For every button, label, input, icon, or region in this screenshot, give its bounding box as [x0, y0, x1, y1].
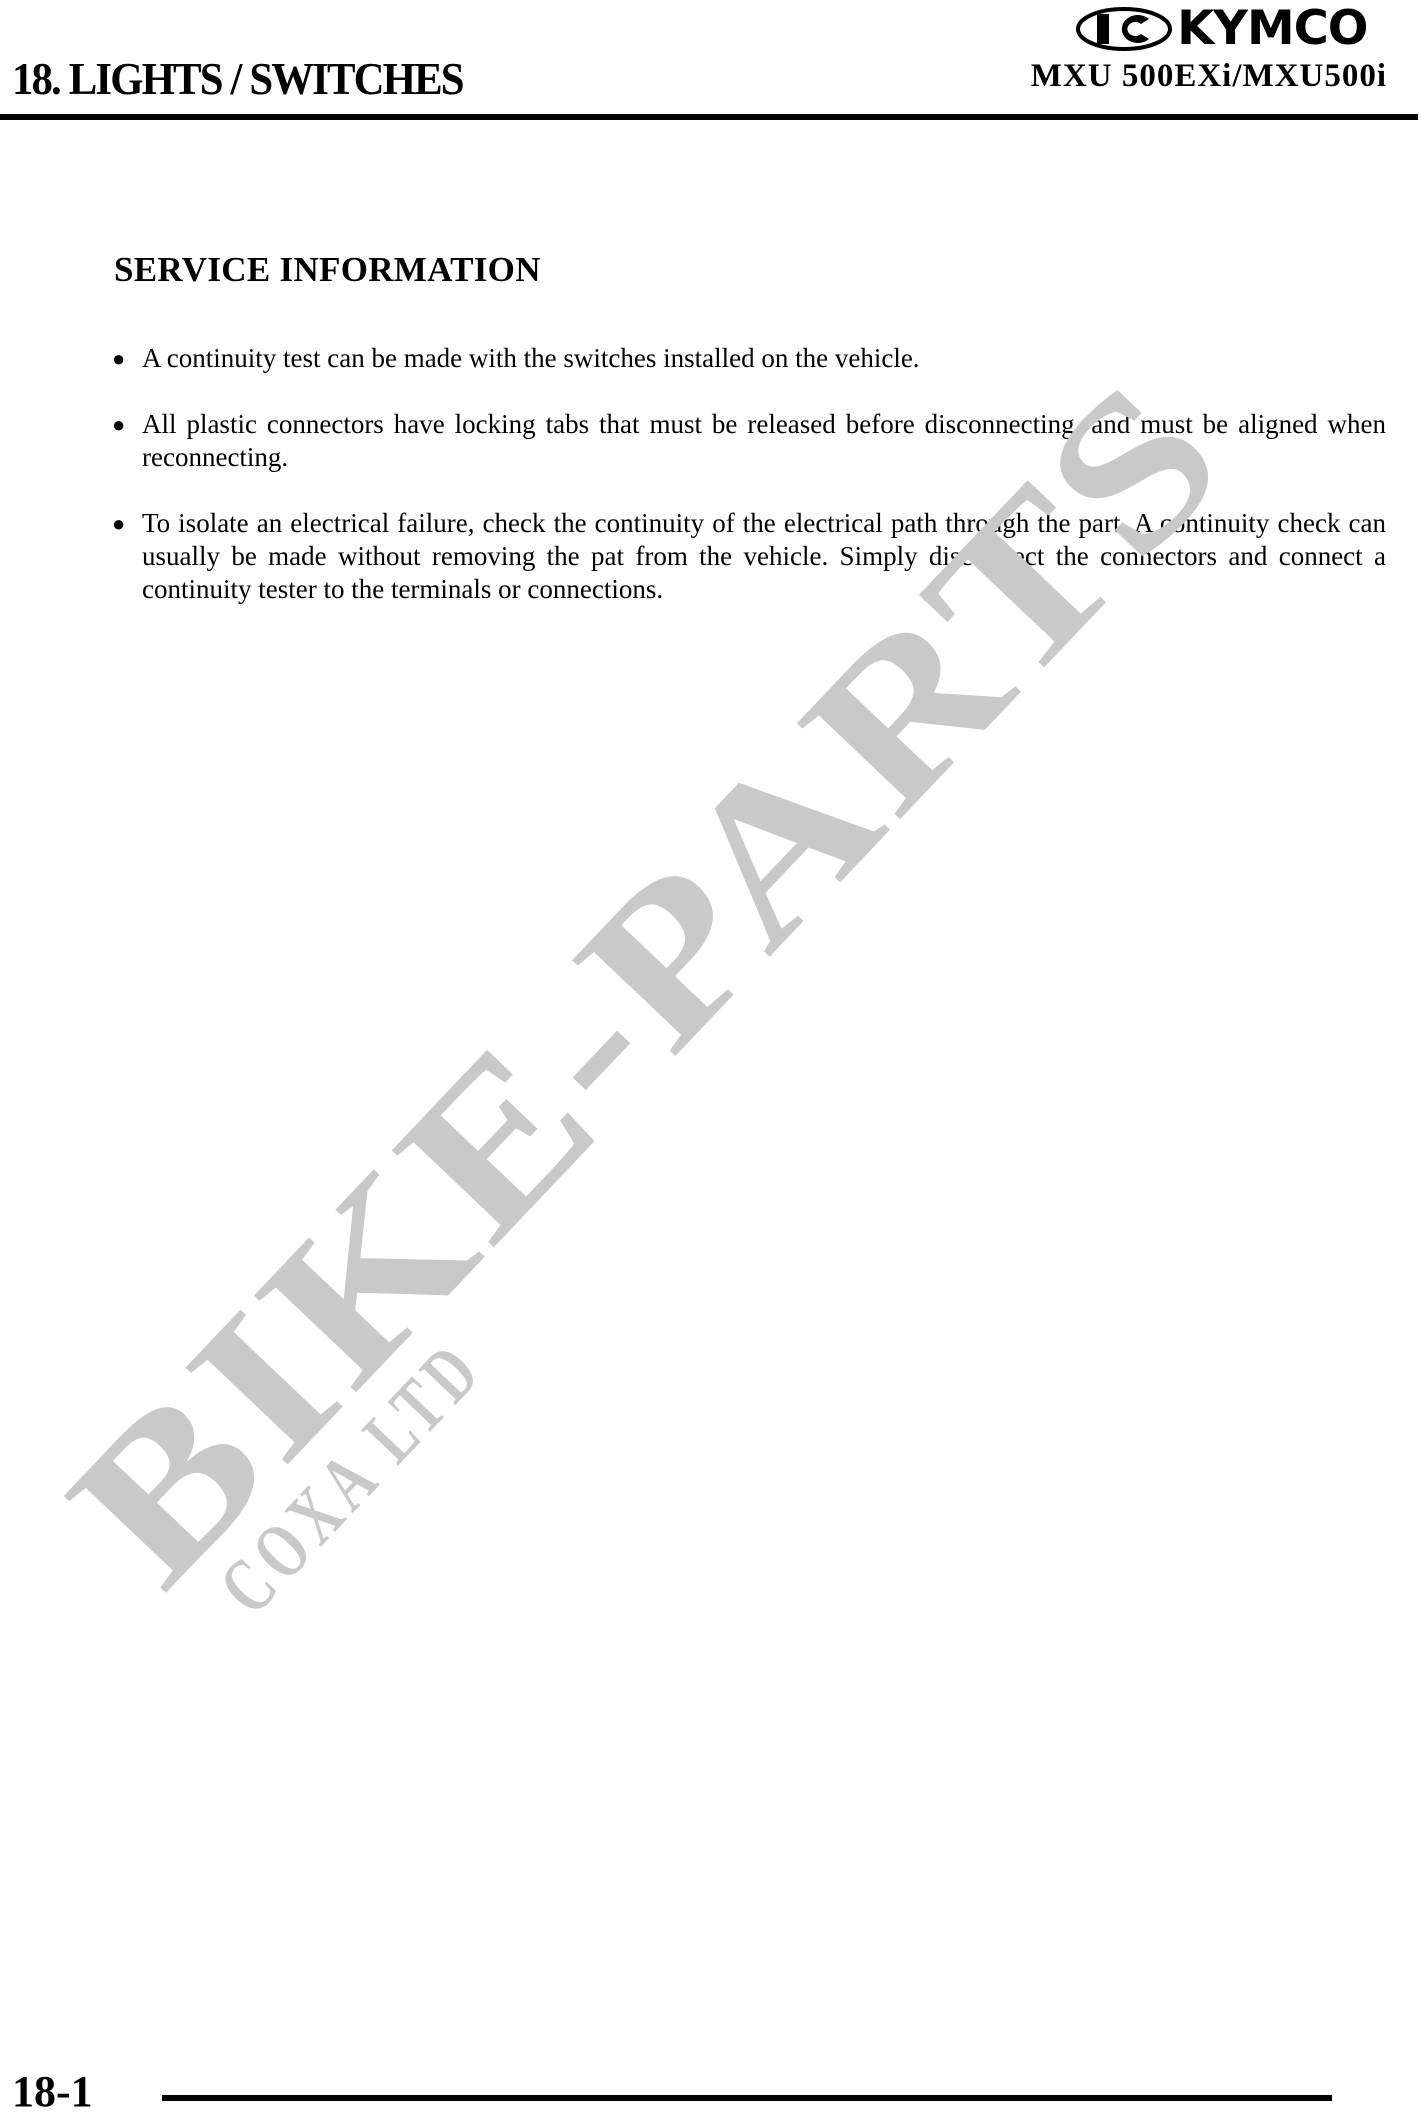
- kymco-logo-icon: [1075, 7, 1173, 51]
- model-name: MXU 500EXi/MXU500i: [1031, 58, 1387, 95]
- bullet-text: All plastic connectors have locking tabs…: [142, 408, 1386, 474]
- brand-name: KYMCO: [1177, 7, 1367, 51]
- footer-rule: [162, 2095, 1332, 2101]
- list-item: ● All plastic connectors have locking ta…: [112, 408, 1386, 474]
- list-item: ● To isolate an electrical failure, chec…: [112, 507, 1386, 606]
- watermark: BIKE-PARTS COXA LTD: [0, 0, 1421, 2112]
- page-number: 18-1: [12, 2066, 93, 2112]
- bullet-text: To isolate an electrical failure, check …: [142, 507, 1386, 606]
- brand-logo: KYMCO: [1075, 6, 1417, 52]
- chapter-title: 18. LIGHTS / SWITCHES: [12, 52, 463, 105]
- header-rule: [0, 114, 1418, 120]
- bullet-text: A continuity test can be made with the s…: [142, 342, 1386, 375]
- list-item: ● A continuity test can be made with the…: [112, 342, 1386, 375]
- bullet-list: ● A continuity test can be made with the…: [112, 342, 1386, 639]
- bullet-icon: ●: [112, 408, 142, 474]
- watermark-sub-text: COXA LTD: [202, 1324, 499, 1631]
- bullet-icon: ●: [112, 507, 142, 606]
- section-title: SERVICE INFORMATION: [114, 250, 541, 290]
- bullet-icon: ●: [112, 342, 142, 375]
